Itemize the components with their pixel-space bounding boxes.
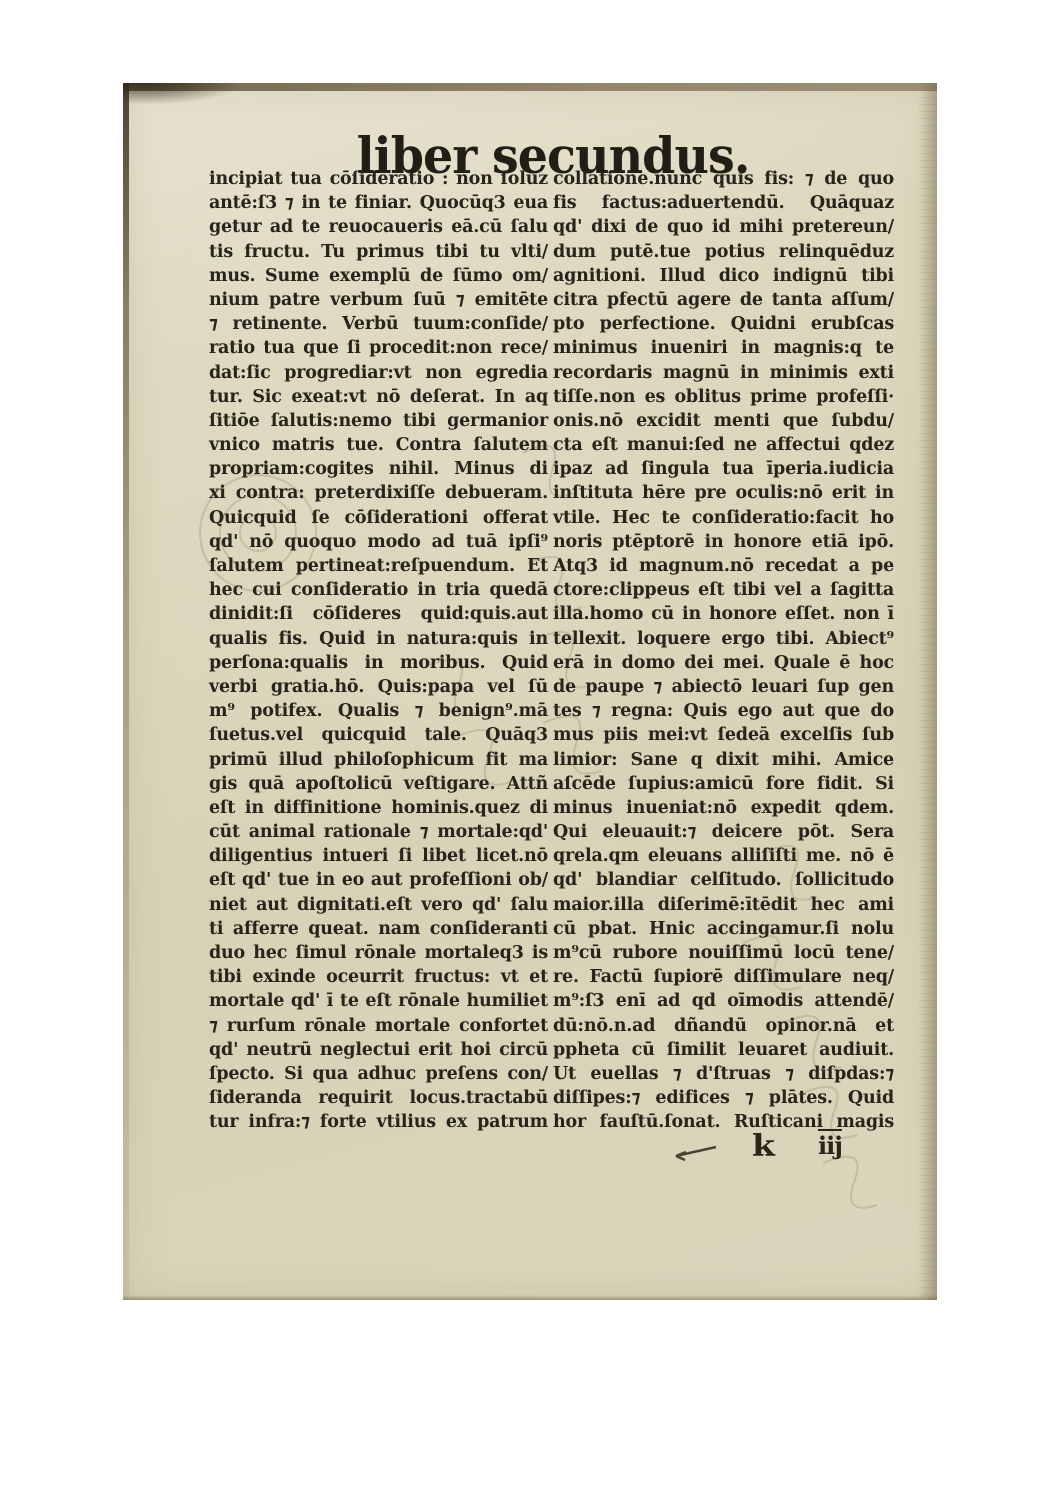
book-page: liber secundus. incipiat tua cōſideratio… [123, 83, 937, 1300]
text-line: tur infra:⁊ forte vtilius ex patrum [209, 1110, 548, 1134]
text-line: qrela.qm eleuans alliſiſti me. nō ē [553, 844, 894, 868]
text-line: qualis fis. Quid in natura:quis in [209, 627, 548, 651]
text-line: Atq3 id magnum.nō recedat a pe [553, 554, 894, 578]
text-line: getur ad te reuocaueris eā.cū ſalu [209, 215, 548, 239]
text-line: primū illud philoſophicum fit ma [209, 748, 548, 772]
text-line: ipaz ad ſingula tua īperia.iudicia [553, 457, 894, 481]
text-line: pto perfectione. Quidni erubſcas [553, 312, 894, 336]
page-top-edge [123, 83, 937, 91]
text-line: qd' dixi de quo id mihi pretereun/ [553, 215, 894, 239]
text-line: minus inueniat:nō expedit qdem. [553, 796, 894, 820]
text-line: onis.nō excidit menti que ſubdu/ [553, 409, 894, 433]
text-line: citra pfectū agere de tanta aſſum/ [553, 288, 894, 312]
text-line: m⁹cū rubore nouiſſimū locū tene/ [553, 941, 894, 965]
text-line: re. Factū ſupiorē diſſimulare neq/ [553, 965, 894, 989]
text-line: duo hec ſimul rōnale mortaleq3 is [209, 941, 548, 965]
text-line: qd' nō quoquo modo ad tuā ipſi⁹ [209, 530, 548, 554]
text-line: diſſipes:⁊ edifices ⁊ plātes. Quid [553, 1086, 894, 1110]
text-line: recordaris magnū in minimis exti [553, 361, 894, 385]
text-line: propriam:cogites nihil. Minus di [209, 457, 548, 481]
text-line: eſt in diffinitione hominis.quez di [209, 796, 548, 820]
text-line: limior: Sane q dixit mihi. Amice [553, 748, 894, 772]
text-line: ⁊ retinente. Verbū tuum:conſide/ [209, 312, 548, 336]
text-line: vtile. Hec te conſideratio:facit ho [553, 506, 894, 530]
text-line: minimus inueniri in magnis:q te [553, 336, 894, 360]
page-right-edge [919, 83, 937, 1300]
signature-letter: k [752, 1129, 775, 1164]
text-line: illa.homo cū in honore eſſet. non ī [553, 602, 894, 626]
text-line: hec cui conſideratio in tria quedā [209, 578, 548, 602]
text-line: ſitiōe ſalutis:nemo tibi germanior [209, 409, 548, 433]
text-line: qd' blandiar celſitudo. ſollicitudo [553, 868, 894, 892]
text-line: cta eſt manui:ſed ne affectui qdez [553, 433, 894, 457]
text-line: agnitioni. Illud dico indignū tibi [553, 264, 894, 288]
text-line: niet aut dignitati.eſt vero qd' ſalu [209, 893, 548, 917]
text-line: tur. Sic exeat:vt nō deſerat. In aq [209, 385, 548, 409]
text-line: antē:ſ3 ⁊ in te finiar. Quocūq3 eua [209, 191, 548, 215]
text-line: dat:ſic progrediar:vt non egredia [209, 361, 548, 385]
text-line: inſtituta hēre pre oculis:nō erit in [553, 481, 894, 505]
text-line: mus. Sume exemplū de ſūmo om/ [209, 264, 548, 288]
text-line: Ut euellas ⁊ d'ſtruas ⁊ diſpdas:⁊ [553, 1062, 894, 1086]
text-line: diligentius intueri ſi libet licet.nō [209, 844, 548, 868]
text-line: dum putē.tue potius relinquēduz [553, 240, 894, 264]
text-line: m⁹ potifex. Qualis ⁊ benign⁹.mā [209, 699, 548, 723]
text-line: tis fructu. Tu primus tibi tu vlti/ [209, 240, 548, 264]
quire-signature: k iij [668, 1129, 948, 1169]
text-line: verbi gratia.hō. Quis:papa vel ſū [209, 675, 548, 699]
text-line: cū pbat. Hnic accingamur.ſi nolu [553, 917, 894, 941]
text-line: Quicquid ſe cōſiderationi offerat [209, 506, 548, 530]
text-line: aſcēde ſupius:amicū fore fidit. Si [553, 772, 894, 796]
page-top-smudge [123, 83, 243, 105]
text-line: dinidit:ſi cōſideres quid:quis.aut [209, 602, 548, 626]
text-line: ratio tua que ſi procedit:non rece/ [209, 336, 548, 360]
page-left-edge [123, 83, 129, 1300]
text-line: erā in domo dei mei. Quale ē hoc [553, 651, 894, 675]
text-line: ſpecto. Si qua adhuc preſens con/ [209, 1062, 548, 1086]
text-line: ⁊ rurſum rōnale mortale confortet [209, 1014, 548, 1038]
text-line: xi contra: preterdixiſſe debueram. [209, 481, 548, 505]
text-line: ſalutem pertineat:reſpuendum. Et [209, 554, 548, 578]
signature-numeral: iij [818, 1131, 842, 1160]
scan-background: liber secundus. incipiat tua cōſideratio… [0, 0, 1060, 1500]
text-line: mortale qd' ī te eſt rōnale humiliet [209, 989, 548, 1013]
text-line: de paupe ⁊ abiectō leuari ſup gen [553, 675, 894, 699]
text-line: cūt animal rationale ⁊ mortale:qd' [209, 820, 548, 844]
text-line: eſt qd' tue in eo aut profeſſioni ob/ [209, 868, 548, 892]
text-line: ti afferre queat. nam conſideranti [209, 917, 548, 941]
text-line: mus piis mei:vt ſedeā excelſis ſub [553, 723, 894, 747]
text-line: maior.illa diſerimē:ītēdit hec ami [553, 893, 894, 917]
text-column-left: incipiat tua cōſideratio : non ſoluzantē… [209, 167, 548, 1139]
text-line: incipiat tua cōſideratio : non ſoluz [209, 167, 548, 191]
text-line: ppheta cū ſimilit leuaret audiuit. [553, 1038, 894, 1062]
text-line: nium patre verbum ſuū ⁊ emitēte [209, 288, 548, 312]
text-line: collatione.nunc quis fis: ⁊ de quo [553, 167, 894, 191]
pen-mark-arrow [668, 1143, 720, 1163]
text-line: tellexit. loquere ergo tibi. Abiect⁹ [553, 627, 894, 651]
text-column-right: collatione.nunc quis fis: ⁊ de quofis fa… [553, 167, 894, 1139]
text-line: fis factus:aduertendū. Quāquaz [553, 191, 894, 215]
text-line: dū:nō.n.ad dñandū opinor.nā et [553, 1014, 894, 1038]
text-line: tibi exinde oceurrit fructus: vt et [209, 965, 548, 989]
text-line: qd' neutrū neglectui erit hoi circū [209, 1038, 548, 1062]
text-line: gis quā apoſtolicū veſtigare. Attñ [209, 772, 548, 796]
text-line: tiſſe.non es oblitus prime profeſſi· [553, 385, 894, 409]
text-line: ſideranda requirit locus.tractabū [209, 1086, 548, 1110]
text-line: m⁹:ſ3 enī ad qd oīmodis attendē/ [553, 989, 894, 1013]
text-line: vnico matris tue. Contra ſalutem [209, 433, 548, 457]
text-line: tes ⁊ regna: Quis ego aut que do [553, 699, 894, 723]
text-line: ſuetus.vel quicquid tale. Quāq3 [209, 723, 548, 747]
text-line: perſona:qualis in moribus. Quid [209, 651, 548, 675]
text-line: ctore:clippeus eſt tibi vel a ſagitta [553, 578, 894, 602]
text-line: noris ptēptorē in honore etiā ipō. [553, 530, 894, 554]
page-bottom-edge [123, 1295, 937, 1300]
text-line: Qui eleuauit:⁊ deicere pōt. Sera [553, 820, 894, 844]
